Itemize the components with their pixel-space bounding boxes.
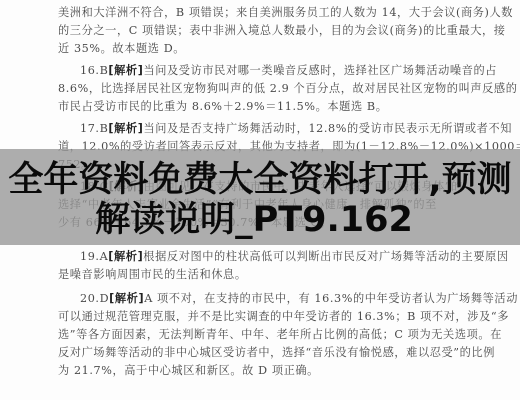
answer-item-line: 16.B[解析]当问及受访市民对哪一类噪音反感时，选择社区广场舞活动噪音的占	[80, 64, 497, 78]
line-text: 近 35%。故本题选 D。	[58, 42, 185, 55]
line-text: 当问及是否支持广场舞活动时，12.8%的受访市民表示无所谓或者不知	[143, 122, 512, 135]
text-line: 可以通过规范管理克服，并不是比实调查的中年受访者的 16.3%；B 项不对，涉及…	[58, 310, 509, 324]
line-text: 反对广场舞等活动的非中心城区受访者中，选择“音乐没有愉悦感，难以忍受”的比例	[58, 346, 495, 359]
text-line: 8.6%，比选择居民社区宠物狗叫声的低 2.9 个百分点，故对居民社区宠物的叫声…	[58, 82, 518, 96]
overlay-title-line-2: 解读说明_PT9.162	[0, 200, 514, 240]
text-line: 是噪音影响周围市民的生活和休息。	[58, 268, 247, 282]
line-text: 为 21.7%，高于中心城区和新区。故 D 项正确。	[58, 364, 319, 377]
text-line: 反对广场舞等活动的非中心城区受访者中，选择“音乐没有愉悦感，难以忍受”的比例	[58, 346, 495, 360]
text-line: 近 35%。故本题选 D。	[58, 42, 185, 56]
text-line: 的三分之一，C 项错误；表中非洲入境总人数最小，目的为会议(商务)的比重最大，接	[58, 24, 506, 38]
answer-number: 20.D	[80, 292, 109, 305]
answer-number: 16.B	[80, 64, 108, 77]
document-page: 美洲和大洋洲不符合，B 项错误；来自美洲服务员工的人数为 14，大于会议(商务)…	[0, 0, 520, 400]
analysis-tag: [解析]	[108, 122, 143, 135]
line-text: A 项不对，在支持的市民中，有 16.3%的中年受访者认为广场舞等活动	[144, 292, 518, 305]
line-text: 选”等各方面因素，无法判断青年、中年、老年所占比例的高低；C 项为无关选项。在	[58, 328, 502, 341]
line-text: 8.6%，比选择居民社区宠物狗叫声的低 2.9 个百分点，故对居民社区宠物的叫声…	[58, 82, 518, 95]
line-text: 美洲和大洋洲不符合，B 项错误；来自美洲服务员工的人数为 14，大于会议(商务)…	[58, 6, 513, 19]
answer-item-line: 19.A[解析]根据反对图中的柱状高低可以判断出市民反对广场舞等活动的主要原因	[80, 250, 509, 264]
answer-number: 19.A	[80, 250, 108, 263]
analysis-tag: [解析]	[109, 292, 144, 305]
answer-item-line: 17.B[解析]当问及是否支持广场舞活动时，12.8%的受访市民表示无所谓或者不…	[80, 122, 512, 136]
text-line: 为 21.7%，高于中心城区和新区。故 D 项正确。	[58, 364, 319, 378]
overlay-title-line-1: 全年资料免费大全资料打开,预测	[0, 160, 520, 200]
line-text: 根据反对图中的柱状高低可以判断出市民反对广场舞等活动的主要原因	[143, 250, 508, 263]
analysis-tag: [解析]	[108, 64, 143, 77]
text-line: 选”等各方面因素，无法判断青年、中年、老年所占比例的高低；C 项为无关选项。在	[58, 328, 502, 342]
line-text: 是噪音影响周围市民的生活和休息。	[58, 268, 247, 281]
line-text: 可以通过规范管理克服，并不是比实调查的中年受访者的 16.3%；B 项不对，涉及…	[58, 310, 509, 323]
line-text: 的三分之一，C 项错误；表中非洲入境总人数最小，目的为会议(商务)的比重最大，接	[58, 24, 506, 37]
line-text: 当问及受访市民对哪一类噪音反感时，选择社区广场舞活动噪音的占	[143, 64, 497, 77]
text-line: 市民占受访市民的比重为 8.6%＋2.9%＝11.5%。本题选 B。	[58, 100, 388, 114]
answer-item-line: 20.D[解析]A 项不对，在支持的市民中，有 16.3%的中年受访者认为广场舞…	[80, 292, 518, 306]
line-text: 市民占受访市民的比重为 8.6%＋2.9%＝11.5%。本题选 B。	[58, 100, 388, 113]
analysis-tag: [解析]	[108, 250, 143, 263]
text-line: 美洲和大洋洲不符合，B 项错误；来自美洲服务员工的人数为 14，大于会议(商务)…	[58, 6, 513, 20]
answer-number: 17.B	[80, 122, 108, 135]
